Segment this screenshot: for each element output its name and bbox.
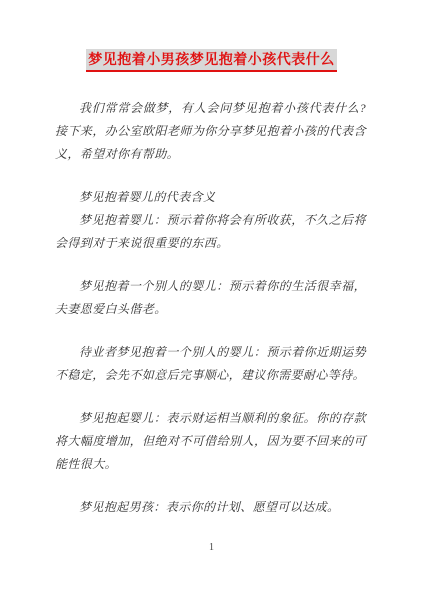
text-block: 待业者梦见抱着一个别人的婴儿：预示着你近期运势不稳定，会先不如意后完事顺心，建议… (55, 341, 366, 387)
document-page: 梦见抱着小男孩梦见抱着小孩代表什么 我们常常会做梦，有人会问梦见抱着小孩代表什么… (0, 0, 423, 600)
paragraph: 我们常常会做梦，有人会问梦见抱着小孩代表什么?接下来，办公室欧阳老师为你分享梦见… (55, 97, 366, 166)
paragraph: 梦见抱着婴儿：预示着你将会有所收获，不久之后将会得到对于来说很重要的东西。 (55, 209, 366, 255)
text-block: 梦见抱起男孩：表示你的计划、愿望可以达成。 (55, 496, 366, 519)
paragraph: 梦见抱着婴儿的代表含义 (55, 186, 366, 209)
title-area: 梦见抱着小男孩梦见抱着小孩代表什么 (0, 0, 423, 72)
paragraph: 梦见抱起婴儿：表示财运相当顺利的象征。你的存款将大幅度增加，但绝对不可借给别人，… (55, 407, 366, 476)
paragraph: 梦见抱着一个别人的婴儿：预示着你的生活很幸福，夫妻恩爱白头偕老。 (55, 275, 366, 321)
page-title: 梦见抱着小男孩梦见抱着小孩代表什么 (86, 49, 337, 72)
text-block: 梦见抱起婴儿：表示财运相当顺利的象征。你的存款将大幅度增加，但绝对不可借给别人，… (55, 407, 366, 476)
text-block: 我们常常会做梦，有人会问梦见抱着小孩代表什么?接下来，办公室欧阳老师为你分享梦见… (55, 97, 366, 166)
text-block: 梦见抱着婴儿的代表含义梦见抱着婴儿：预示着你将会有所收获，不久之后将会得到对于来… (55, 186, 366, 255)
paragraph: 梦见抱起男孩：表示你的计划、愿望可以达成。 (55, 496, 366, 519)
page-number: 1 (0, 542, 423, 553)
text-block: 梦见抱着一个别人的婴儿：预示着你的生活很幸福，夫妻恩爱白头偕老。 (55, 275, 366, 321)
content-area: 我们常常会做梦，有人会问梦见抱着小孩代表什么?接下来，办公室欧阳老师为你分享梦见… (55, 97, 366, 519)
paragraph: 待业者梦见抱着一个别人的婴儿：预示着你近期运势不稳定，会先不如意后完事顺心，建议… (55, 341, 366, 387)
